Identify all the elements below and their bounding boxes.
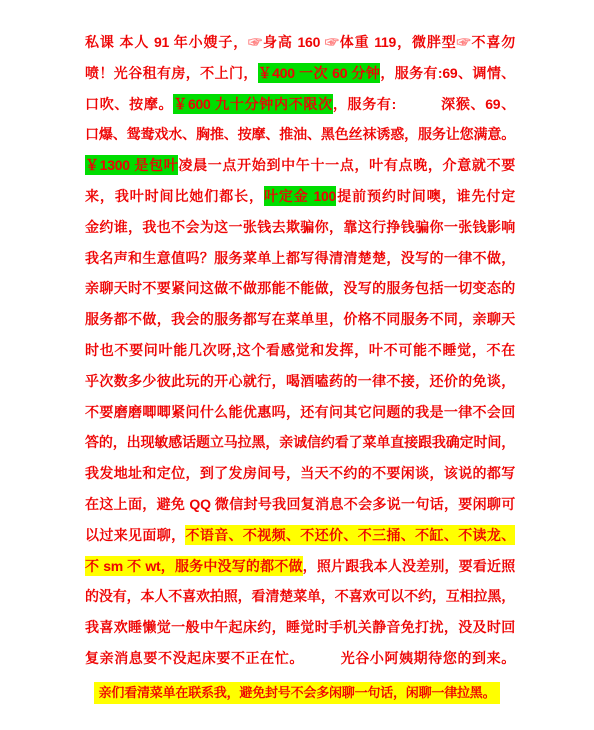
text-segment: 体重 119，微胖型: [339, 34, 457, 50]
text-segment: 以过来见面聊，: [85, 527, 185, 543]
text-segment: 在这上面，避免 QQ 微信封号我回复消息不会多说一句话，要闲聊可: [85, 496, 515, 512]
text-line: 乎次数多少彼此玩的开心就行，喝酒嗑药的一律不接，还价的免谈，: [85, 366, 515, 397]
text-line: 在这上面，避免 QQ 微信封号我回复消息不会多说一句话，要闲聊可: [85, 489, 515, 520]
text-line: 私课 本人 91 年小嫂子，☞身高 160 ☞体重 119，微胖型☞不喜勿: [85, 27, 515, 58]
text-segment: ￥1300 是包叶: [85, 155, 178, 175]
text-segment: 金约谁，我也不会为这一张钱去欺骗你，靠这行挣钱骗你一张钱影响: [85, 219, 515, 235]
text-segment: 时也不要问叶能几次呀,这个看感觉和发挥，叶不可能不睡觉，不在: [85, 342, 515, 358]
text-segment: 亲聊天时不要紧问这做不做那能不能做，没写的服务包括一切变态的: [85, 280, 515, 296]
text-line: 服务都不做，我会的服务都写在菜单里，价格不同服务不同，亲聊天: [85, 304, 515, 335]
text-line: 来，我叶时间比她们都长，叶定金 100提前预约时间噢，谁先付定: [85, 181, 515, 212]
text-line: 口爆、鸳鸯戏水、胸推、按摩、推油、黑色丝袜诱惑，服务让您满意。: [85, 119, 515, 150]
text-segment: 提前预约时间噢，谁先付定: [336, 188, 515, 204]
text-segment: 答的，出现敏感话题立马拉黑，亲诚信约看了菜单直接跟我确定时间，: [85, 434, 515, 450]
text-segment: 不语音、不视频、不还价、不三捅、不缸、不读龙、: [185, 525, 515, 545]
text-segment: 不 sm 不 wt，服务中没写的都不做: [85, 556, 303, 576]
pointer-finger-icon: ☞: [248, 34, 262, 50]
text-segment: 乎次数多少彼此玩的开心就行，喝酒嗑药的一律不接，还价的免谈，: [85, 373, 515, 389]
text-segment: 服务都不做，我会的服务都写在菜单里，价格不同服务不同，亲聊天: [85, 311, 515, 327]
text-segment: ，照片跟我本人没差别，要看近照: [303, 558, 515, 574]
text-segment: ￥400 一次 60 分钟: [258, 63, 381, 83]
text-segment: 口吹、按摩。: [85, 96, 173, 112]
text-line: 答的，出现敏感话题立马拉黑，亲诚信约看了菜单直接跟我确定时间，: [85, 427, 515, 458]
text-segment: 叶定金 100: [264, 186, 336, 206]
text-segment: 我名声和生意值吗？服务菜单上都写得清清楚楚，没写的一律不做，: [85, 250, 515, 266]
text-line: 金约谁，我也不会为这一张钱去欺骗你，靠这行挣钱骗你一张钱影响: [85, 212, 515, 243]
pointer-finger-icon: ☞: [325, 34, 339, 50]
text-line: 我喜欢睡懒觉一般中午起床约，睡觉时手机关静音免打扰，没及时回: [85, 612, 515, 643]
text-line: 不 sm 不 wt，服务中没写的都不做，照片跟我本人没差别，要看近照: [85, 551, 515, 582]
text-line: 不要磨磨唧唧紧问什么能优惠吗，还有问其它问题的我是一律不会回: [85, 397, 515, 428]
text-segment: ，服务有:69、调情、: [380, 65, 515, 81]
text-segment: 的没有，本人不喜欢拍照，看清楚菜单，不喜欢可以不约，互相拉黑，: [85, 588, 515, 604]
text-line: 以过来见面聊，不语音、不视频、不还价、不三捅、不缸、不读龙、: [85, 520, 515, 551]
text-segment: 喷！光谷租有房，不上门，: [85, 65, 258, 81]
footer-row: 亲们看清菜单在联系我，避免封号不会多闲聊一句话，闲聊一律拉黑。: [0, 682, 594, 704]
text-segment: 口爆、鸳鸯戏水、胸推、按摩、推油、黑色丝袜诱惑，服务让您满意。: [85, 126, 515, 142]
document-page: 私课 本人 91 年小嫂子，☞身高 160 ☞体重 119，微胖型☞不喜勿喷！光…: [0, 0, 594, 730]
footer-note: 亲们看清菜单在联系我，避免封号不会多闲聊一句话，闲聊一律拉黑。: [94, 682, 501, 704]
text-line: 我名声和生意值吗？服务菜单上都写得清清楚楚，没写的一律不做，: [85, 243, 515, 274]
text-line: 亲聊天时不要紧问这做不做那能不能做，没写的服务包括一切变态的: [85, 273, 515, 304]
text-block: 私课 本人 91 年小嫂子，☞身高 160 ☞体重 119，微胖型☞不喜勿喷！光…: [85, 27, 515, 674]
text-line: 的没有，本人不喜欢拍照，看清楚菜单，不喜欢可以不约，互相拉黑，: [85, 581, 515, 612]
text-segment: ￥600 九十分钟内不限次: [173, 94, 333, 114]
text-line: 时也不要问叶能几次呀,这个看感觉和发挥，叶不可能不睡觉，不在: [85, 335, 515, 366]
text-segment: 身高 160: [262, 34, 325, 50]
text-segment: 凌晨一点开始到中午十一点，叶有点晚，介意就不要: [178, 157, 515, 173]
text-line: 我发地址和定位，到了发房间号，当天不约的不要闲谈，该说的都写: [85, 458, 515, 489]
text-segment: 不喜勿: [470, 34, 515, 50]
text-segment: 复亲消息要不没起床要不正在忙。 光谷小阿姨期待您的到来。: [85, 650, 515, 666]
text-line: 口吹、按摩。￥600 九十分钟内不限次，服务有: 深猴、69、: [85, 89, 515, 120]
text-segment: 不要磨磨唧唧紧问什么能优惠吗，还有问其它问题的我是一律不会回: [85, 404, 515, 420]
text-segment: 我喜欢睡懒觉一般中午起床约，睡觉时手机关静音免打扰，没及时回: [85, 619, 515, 635]
text-line: 喷！光谷租有房，不上门，￥400 一次 60 分钟，服务有:69、调情、: [85, 58, 515, 89]
text-segment: 来，我叶时间比她们都长，: [85, 188, 264, 204]
text-segment: 私课 本人 91 年小嫂子，: [85, 34, 248, 50]
text-line: 复亲消息要不没起床要不正在忙。 光谷小阿姨期待您的到来。: [85, 643, 515, 674]
pointer-finger-icon: ☞: [457, 34, 471, 50]
text-segment: ，服务有: 深猴、69、: [333, 96, 515, 112]
text-segment: 我发地址和定位，到了发房间号，当天不约的不要闲谈，该说的都写: [85, 465, 515, 481]
text-line: ￥1300 是包叶凌晨一点开始到中午十一点，叶有点晚，介意就不要: [85, 150, 515, 181]
